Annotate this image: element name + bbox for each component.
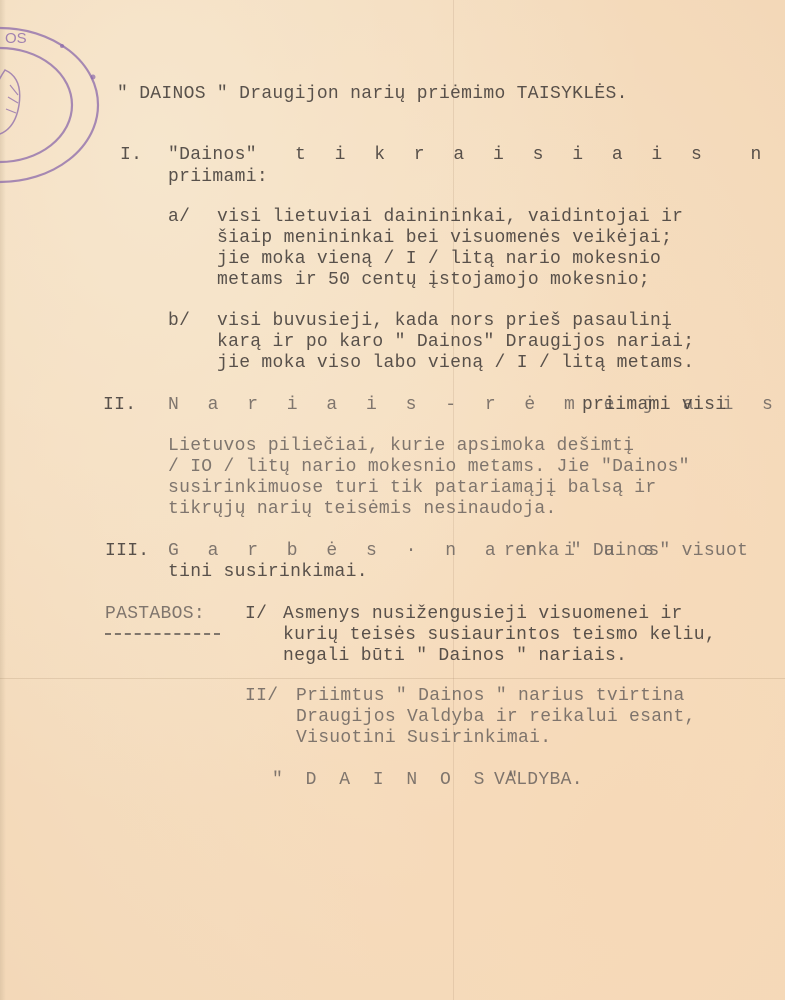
document-title: " DAINOS " Draugijon narių priėmimo TAIS… <box>117 84 628 105</box>
svg-text:OS: OS <box>5 30 27 47</box>
section-2-heading-rest: priimami visi <box>582 395 726 416</box>
item-b-line: visi buvusieji, kada nors prieš pasaulin… <box>217 311 672 332</box>
note-2-line: Draugijos Valdyba ir reikalui esant, <box>296 707 696 728</box>
note-2-label: II/ <box>245 686 278 707</box>
section-3-heading-rest: renka " Dainos" visuot <box>504 541 748 562</box>
note-1-line: negali būti " Dainos " nariais. <box>283 646 627 667</box>
item-a-line: šiaip menininkai bei visuomenės veikėjai… <box>217 228 672 249</box>
note-2-line: Priimtus " Dainos " narius tvirtina <box>296 686 685 707</box>
signature-body: VALDYBA. <box>494 770 583 791</box>
note-1-line: kurių teisės susiaurintos teismo keliu, <box>283 625 716 646</box>
section-3-line: tini susirinkimai. <box>168 562 368 583</box>
notes-label: PASTABOS: <box>105 604 205 625</box>
section-2-number: II. <box>103 395 136 416</box>
section-1-heading-cont: priimami: <box>168 167 268 188</box>
section-2-line: / IO / litų nario mokesnio metams. Jie "… <box>168 457 690 478</box>
fold-crease-horizontal <box>0 678 785 679</box>
stamp-seal-icon: OS <box>0 25 100 185</box>
item-a-line: metams ir 50 centų įstojamojo mokesnio; <box>217 270 650 291</box>
section-3-number: III. <box>105 541 149 562</box>
signature-org: " D A I N O S " <box>272 770 524 791</box>
item-b-line: karą ir po karo " Dainos" Draugijos nari… <box>217 332 694 353</box>
note-1-label: I/ <box>245 604 267 625</box>
section-2-line: Lietuvos piliečiai, kurie apsimoka dešim… <box>168 436 634 457</box>
section-1-heading-label: "Dainos" <box>168 145 257 166</box>
item-a-line: jie moka vieną / I / litą nario mokesnio <box>217 249 661 270</box>
section-2-line: tikrųjų narių teisėmis nesinaudoja. <box>168 499 557 520</box>
item-b-label: b/ <box>168 311 190 332</box>
section-2-line: susirinkimuose turi tik patariamąjį bals… <box>168 478 656 499</box>
note-2-line: Visuotini Susirinkimai. <box>296 728 551 749</box>
notes-underline <box>105 633 220 637</box>
item-a-label: a/ <box>168 207 190 228</box>
section-1-number: I. <box>120 145 142 166</box>
note-1-line: Asmenys nusižengusieji visuomenei ir <box>283 604 683 625</box>
item-b-line: jie moka viso labo vieną / I / litą meta… <box>217 353 694 374</box>
item-a-line: visi lietuviai dainininkai, vaidintojai … <box>217 207 683 228</box>
section-1-heading: t i k r a i s i a i s n a r i a i s <box>295 145 785 166</box>
